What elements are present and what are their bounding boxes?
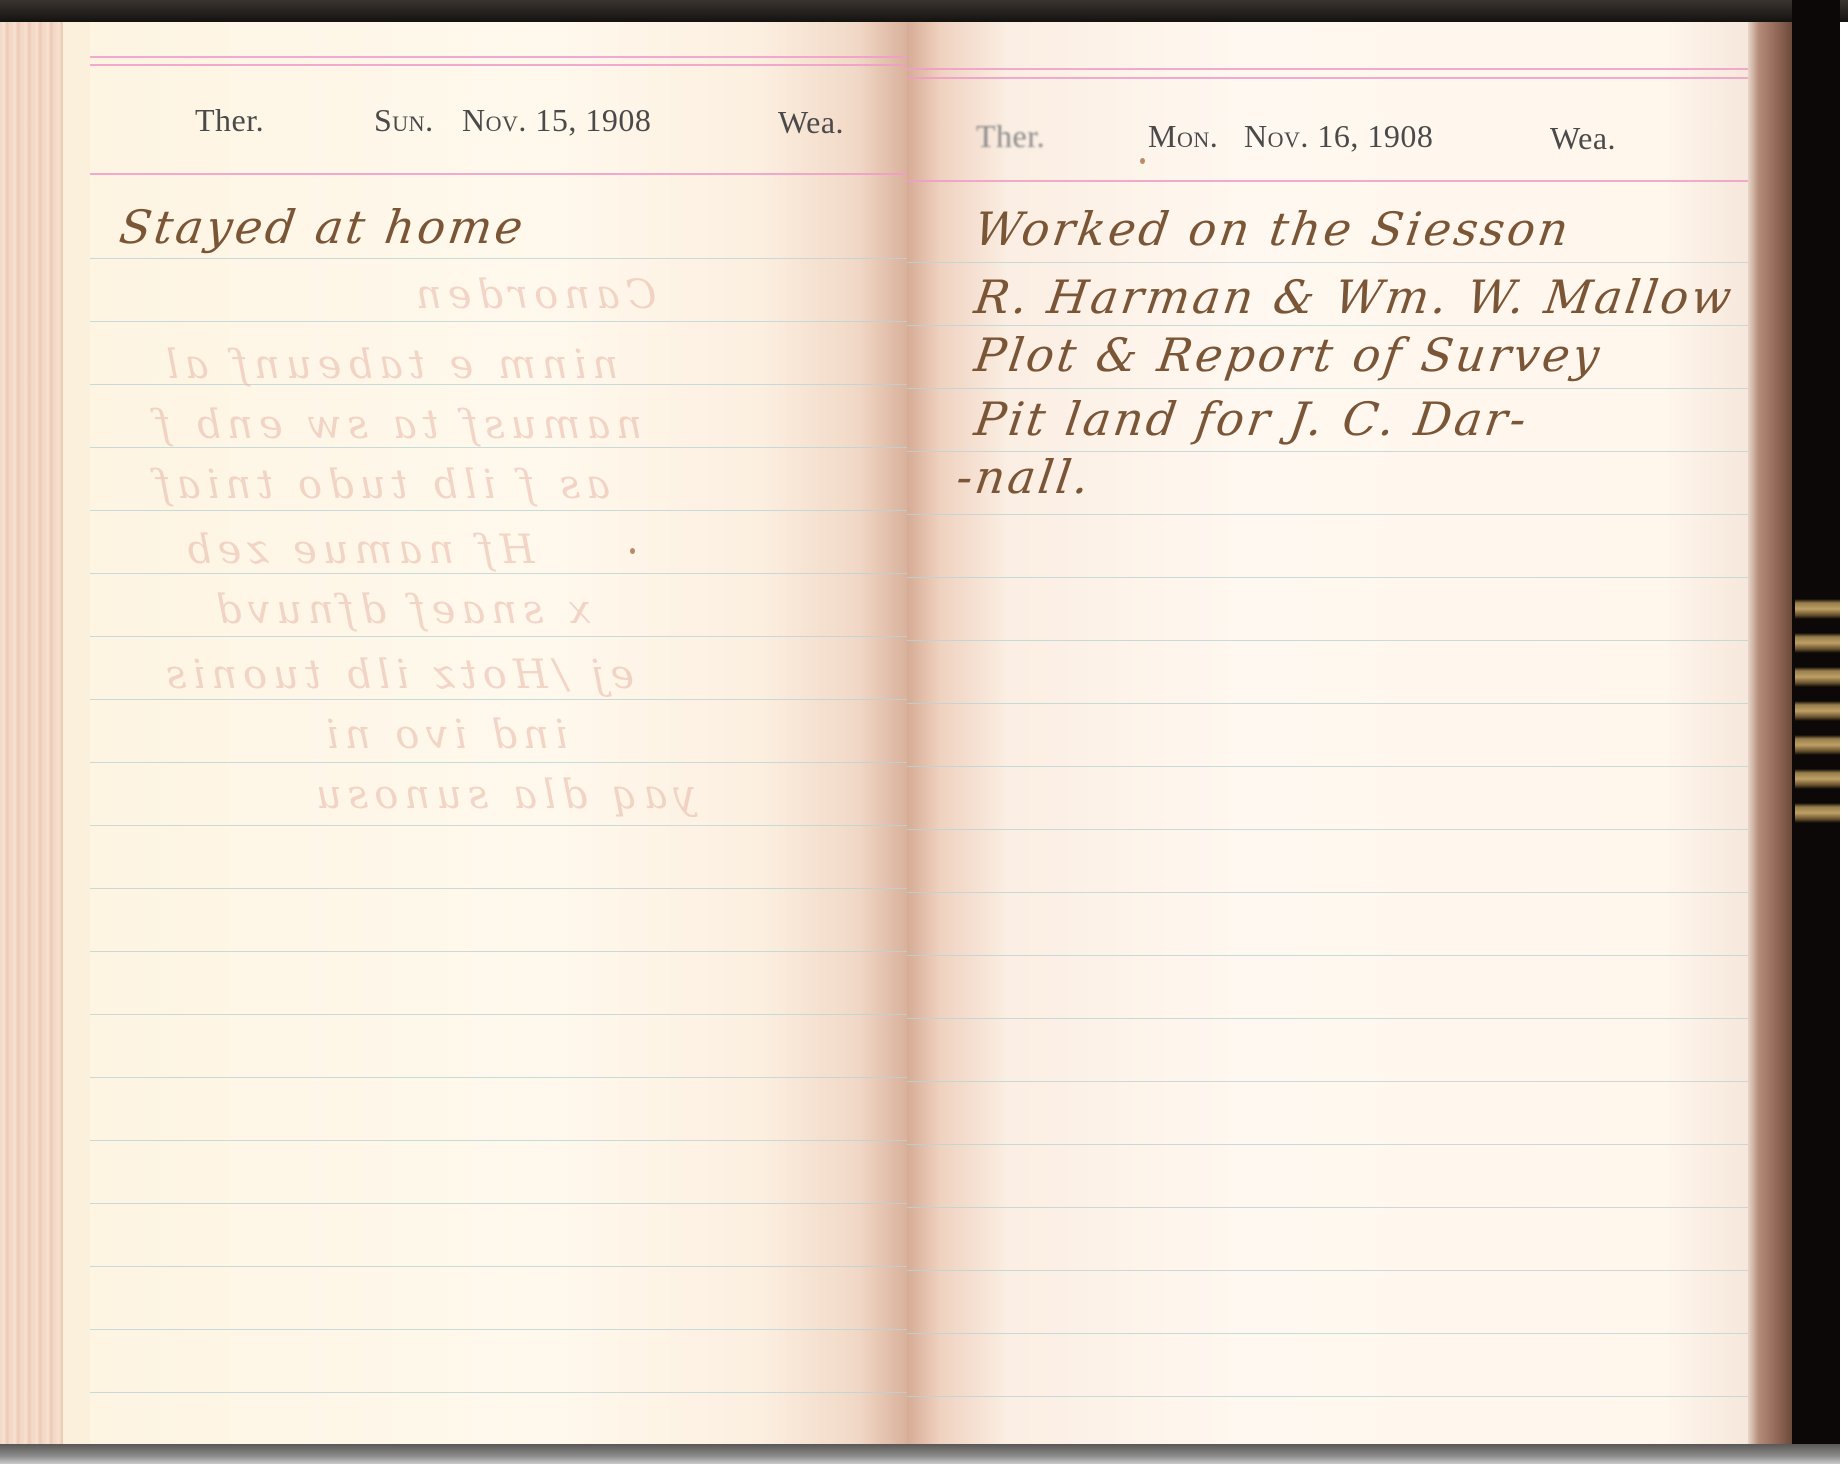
entry-line: Stayed at home bbox=[116, 200, 529, 254]
page-stack-edge bbox=[0, 22, 62, 1444]
show-through-ink: ej /Hotz ilb tuonis bbox=[160, 652, 634, 698]
show-through-ink: ind ivo ni bbox=[320, 712, 568, 758]
day-label: Sun. bbox=[374, 102, 434, 139]
show-through-ink: ninm e tabeunf al bbox=[160, 342, 618, 388]
header-rule-top bbox=[90, 56, 907, 58]
underlying-page bbox=[62, 22, 91, 1444]
entry-line-4: Pit land for J. C. Dar- bbox=[971, 392, 1532, 446]
book-cover-edge bbox=[1748, 22, 1792, 1444]
header-rule-bottom bbox=[90, 173, 907, 175]
entry-line-2: R. Harman & Wm. W. Mallow bbox=[971, 270, 1738, 324]
ther-label: Ther. bbox=[195, 102, 264, 139]
header-rule-top bbox=[907, 68, 1748, 70]
ink-spot bbox=[630, 548, 635, 554]
right-diary-page: Ther. Mon. Nov. 16, 1908 Wea. Worked on … bbox=[907, 22, 1748, 1444]
entry-line-3: Plot & Report of Survey bbox=[971, 328, 1605, 382]
bookmark-ribbon bbox=[1795, 585, 1840, 830]
header-rule-top-double bbox=[90, 64, 907, 66]
ther-label: Ther. bbox=[976, 118, 1045, 155]
header-rule-top-double bbox=[907, 77, 1748, 79]
entry-line-1: Worked on the Siesson bbox=[971, 202, 1574, 256]
ink-spot bbox=[1140, 158, 1145, 164]
show-through-ink: Canorden bbox=[410, 272, 656, 318]
wea-label: Wea. bbox=[1550, 120, 1616, 157]
book-bottom-edge bbox=[0, 1444, 1840, 1464]
left-diary-page: Ther. Sun. Nov. 15, 1908 Wea. Canorden n… bbox=[90, 22, 907, 1444]
date-label: Nov. 16, 1908 bbox=[1244, 118, 1433, 155]
book-top-edge bbox=[0, 0, 1848, 22]
show-through-ink: yaq dla sunosu bbox=[310, 772, 696, 818]
wea-label: Wea. bbox=[778, 104, 844, 141]
show-through-ink: x snaef dfnuvd bbox=[210, 587, 591, 633]
header-rule-bottom bbox=[907, 180, 1748, 182]
entry-line-5: -nall. bbox=[953, 450, 1095, 504]
show-through-ink: namusf ta sw enb f bbox=[150, 402, 642, 448]
show-through-ink: as f ilb tudo tniaf bbox=[150, 462, 610, 508]
date-label: Nov. 15, 1908 bbox=[462, 102, 651, 139]
day-label: Mon. bbox=[1148, 118, 1218, 155]
show-through-ink: Hf namue zeb bbox=[180, 527, 534, 573]
